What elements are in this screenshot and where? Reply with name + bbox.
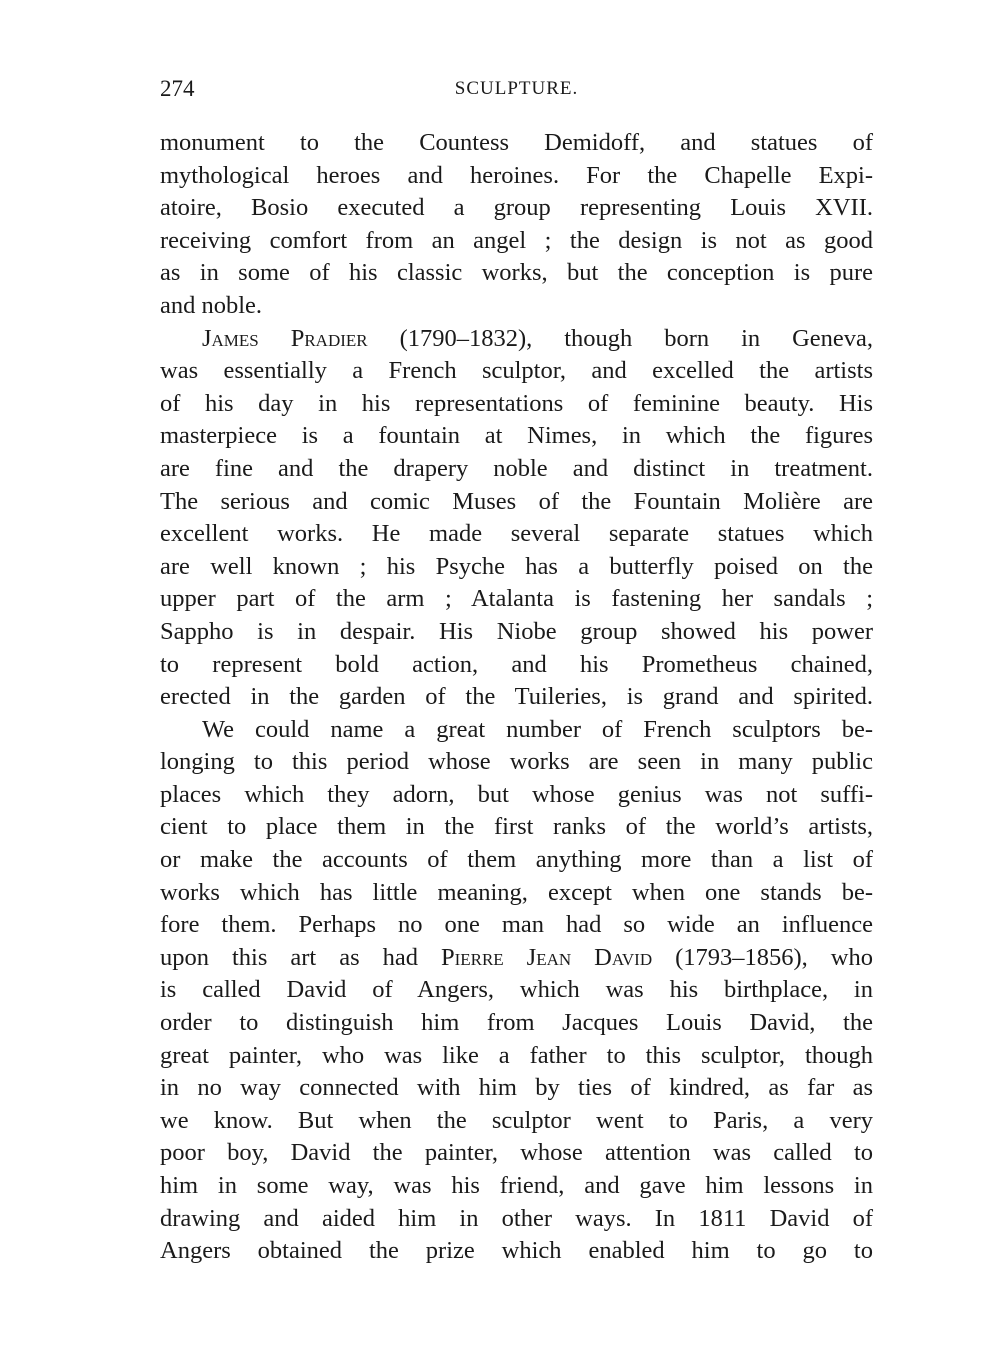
text-fragment: (1793–1856), who — [652, 944, 873, 971]
text-line: drawing and aided him in other ways. In … — [160, 1203, 873, 1236]
text-fragment: upon this art as had — [160, 944, 441, 971]
text-line: to represent bold action, and his Promet… — [160, 649, 873, 682]
text-line: atoire, Bosio executed a group represent… — [160, 192, 873, 225]
text-fragment: (1790–1832), though born in Geneva, — [368, 325, 873, 352]
text-line: excellent works. He made several separat… — [160, 518, 873, 551]
text-line: in no way connected with him by ties of … — [160, 1072, 873, 1105]
text-line: masterpiece is a fountain at Nimes, in w… — [160, 420, 873, 453]
paragraph-start-line: We could name a great number of French s… — [160, 714, 873, 747]
text-line: fore them. Perhaps no one man had so wid… — [160, 909, 873, 942]
text-line: erected in the garden of the Tuileries, … — [160, 681, 873, 714]
text-line: cient to place them in the first ranks o… — [160, 811, 873, 844]
text-line: is called David of Angers, which was his… — [160, 974, 873, 1007]
text-line: are well known ; his Psyche has a butter… — [160, 551, 873, 584]
running-head: 274 SCULPTURE. — [160, 76, 873, 106]
text-line: poor boy, David the painter, whose atten… — [160, 1137, 873, 1170]
text-line: places which they adorn, but whose geniu… — [160, 779, 873, 812]
text-line: was essentially a French sculptor, and e… — [160, 355, 873, 388]
text-line: we know. But when the sculptor went to P… — [160, 1105, 873, 1138]
text-line: or make the accounts of them anything mo… — [160, 844, 873, 877]
text-line: and noble. — [160, 290, 873, 323]
text-line: are fine and the drapery noble and disti… — [160, 453, 873, 486]
text-line: mythological heroes and heroines. For th… — [160, 160, 873, 193]
running-title: SCULPTURE. — [160, 78, 873, 100]
text-line: longing to this period whose works are s… — [160, 746, 873, 779]
text-line: order to distinguish him from Jacques Lo… — [160, 1007, 873, 1040]
text-line: monument to the Countess Demidoff, and s… — [160, 127, 873, 160]
text-line: upon this art as had Pierre Jean David (… — [160, 942, 873, 975]
text-line: The serious and comic Muses of the Fount… — [160, 486, 873, 519]
text-line: receiving comfort from an angel ; the de… — [160, 225, 873, 258]
text-line: Sappho is in despair. His Niobe group sh… — [160, 616, 873, 649]
text-line: as in some of his classic works, but the… — [160, 257, 873, 290]
paragraph-start-line: James Pradier (1790–1832), though born i… — [160, 323, 873, 356]
body-text: monument to the Countess Demidoff, and s… — [160, 127, 873, 1268]
sculptor-name: James Pradier — [202, 325, 368, 352]
book-page: 274 SCULPTURE. monument to the Countess … — [0, 0, 1000, 1367]
text-line: him in some way, was his friend, and gav… — [160, 1170, 873, 1203]
sculptor-name: Pierre Jean David — [441, 944, 652, 971]
text-line: Angers obtained the prize which enabled … — [160, 1235, 873, 1268]
text-line: upper part of the arm ; Atalanta is fast… — [160, 583, 873, 616]
text-line: works which has little meaning, except w… — [160, 877, 873, 910]
text-line: of his day in his representations of fem… — [160, 388, 873, 421]
text-line: great painter, who was like a father to … — [160, 1040, 873, 1073]
